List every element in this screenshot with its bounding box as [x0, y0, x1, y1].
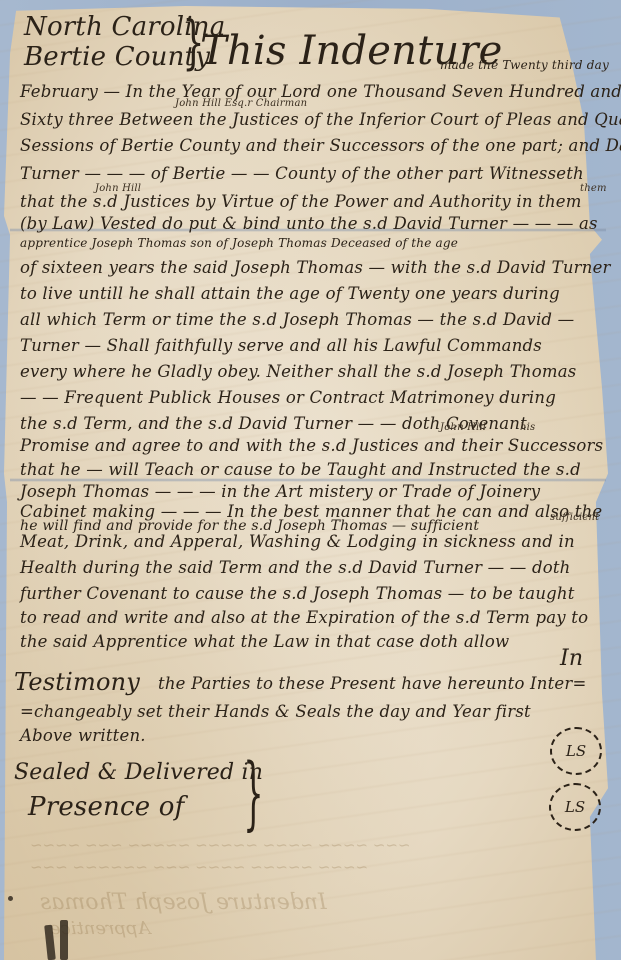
seal-label: LS: [565, 798, 585, 816]
body-line: Turner — Shall faithfully serve and all …: [20, 336, 542, 355]
ink-smudge: [60, 920, 68, 960]
body-line: Meat, Drink, and Apperal, Washing & Lodg…: [20, 532, 575, 551]
sealed-delivered-label: Sealed & Delivered in: [14, 760, 263, 785]
body-line: Turner — — — of Bertie — — County of the…: [20, 164, 584, 183]
interlinear-note: his: [520, 422, 535, 433]
bleed-through-text: Indenture Joseph Thomas: [40, 890, 327, 915]
body-line: Promise and agree to and with the s.d Ju…: [20, 436, 603, 455]
presence-of-label: Presence of: [28, 792, 184, 822]
body-line: that he — will Teach or cause to be Taug…: [20, 460, 581, 479]
body-line: the said Apprentice what the Law in that…: [20, 632, 509, 651]
body-line: that the s.d Justices by Virtue of the P…: [20, 192, 582, 211]
testimony-word: Testimony: [14, 668, 140, 696]
interlinear-note: John Hill: [440, 422, 486, 433]
bleed-through-text: ~~~ ~~~~ ~~~~ ~~~~~ ~~~~~ ~~~ ~~~~: [30, 836, 411, 854]
body-line: — — Frequent Publick Houses or Contract …: [20, 388, 556, 407]
body-line: every where he Gladly obey. Neither shal…: [20, 362, 576, 381]
body-line: to live untill he shall attain the age o…: [20, 284, 560, 303]
bleed-through-text: ~~~~ ~~~~~ ~~~~ ~~~ ~~~~~~ ~~~: [30, 858, 368, 876]
testimony-line: =changeably set their Hands & Seals the …: [20, 702, 531, 721]
seal-label: LS: [566, 742, 586, 760]
ink-spot: [8, 896, 13, 901]
body-line: to read and write and also at the Expira…: [20, 608, 588, 627]
testimony-line: Above written.: [20, 726, 146, 745]
title-continuation: made the Twenty third day: [440, 58, 609, 72]
testimony-in: In: [560, 646, 583, 671]
body-line: of sixteen years the said Joseph Thomas …: [20, 258, 611, 277]
wax-seal-icon: LS: [549, 783, 601, 831]
interlinear-note: sufficient: [550, 512, 599, 523]
signature-brace-icon: }: [243, 746, 263, 839]
body-line: February — In the Year of our Lord one T…: [20, 82, 621, 101]
body-line: all which Term or time the s.d Joseph Th…: [20, 310, 574, 329]
testimony-line: the Parties to these Present have hereun…: [158, 674, 587, 693]
body-line: Sessions of Bertie County and their Succ…: [20, 136, 621, 155]
body-line: apprentice Joseph Thomas son of Joseph T…: [20, 236, 458, 250]
wax-seal-icon: LS: [550, 727, 602, 775]
interlinear-note: them: [580, 183, 607, 194]
body-line: (by Law) Vested do put & bind unto the s…: [20, 214, 598, 233]
body-line: Sixty three Between the Justices of the …: [20, 110, 621, 129]
body-line: Joseph Thomas — — — in the Art mistery o…: [20, 482, 540, 501]
body-line: Health during the said Term and the s.d …: [20, 558, 571, 577]
body-line: further Covenant to cause the s.d Joseph…: [20, 584, 575, 603]
interlinear-note: John Hill Esq.r Chairman: [175, 98, 307, 109]
